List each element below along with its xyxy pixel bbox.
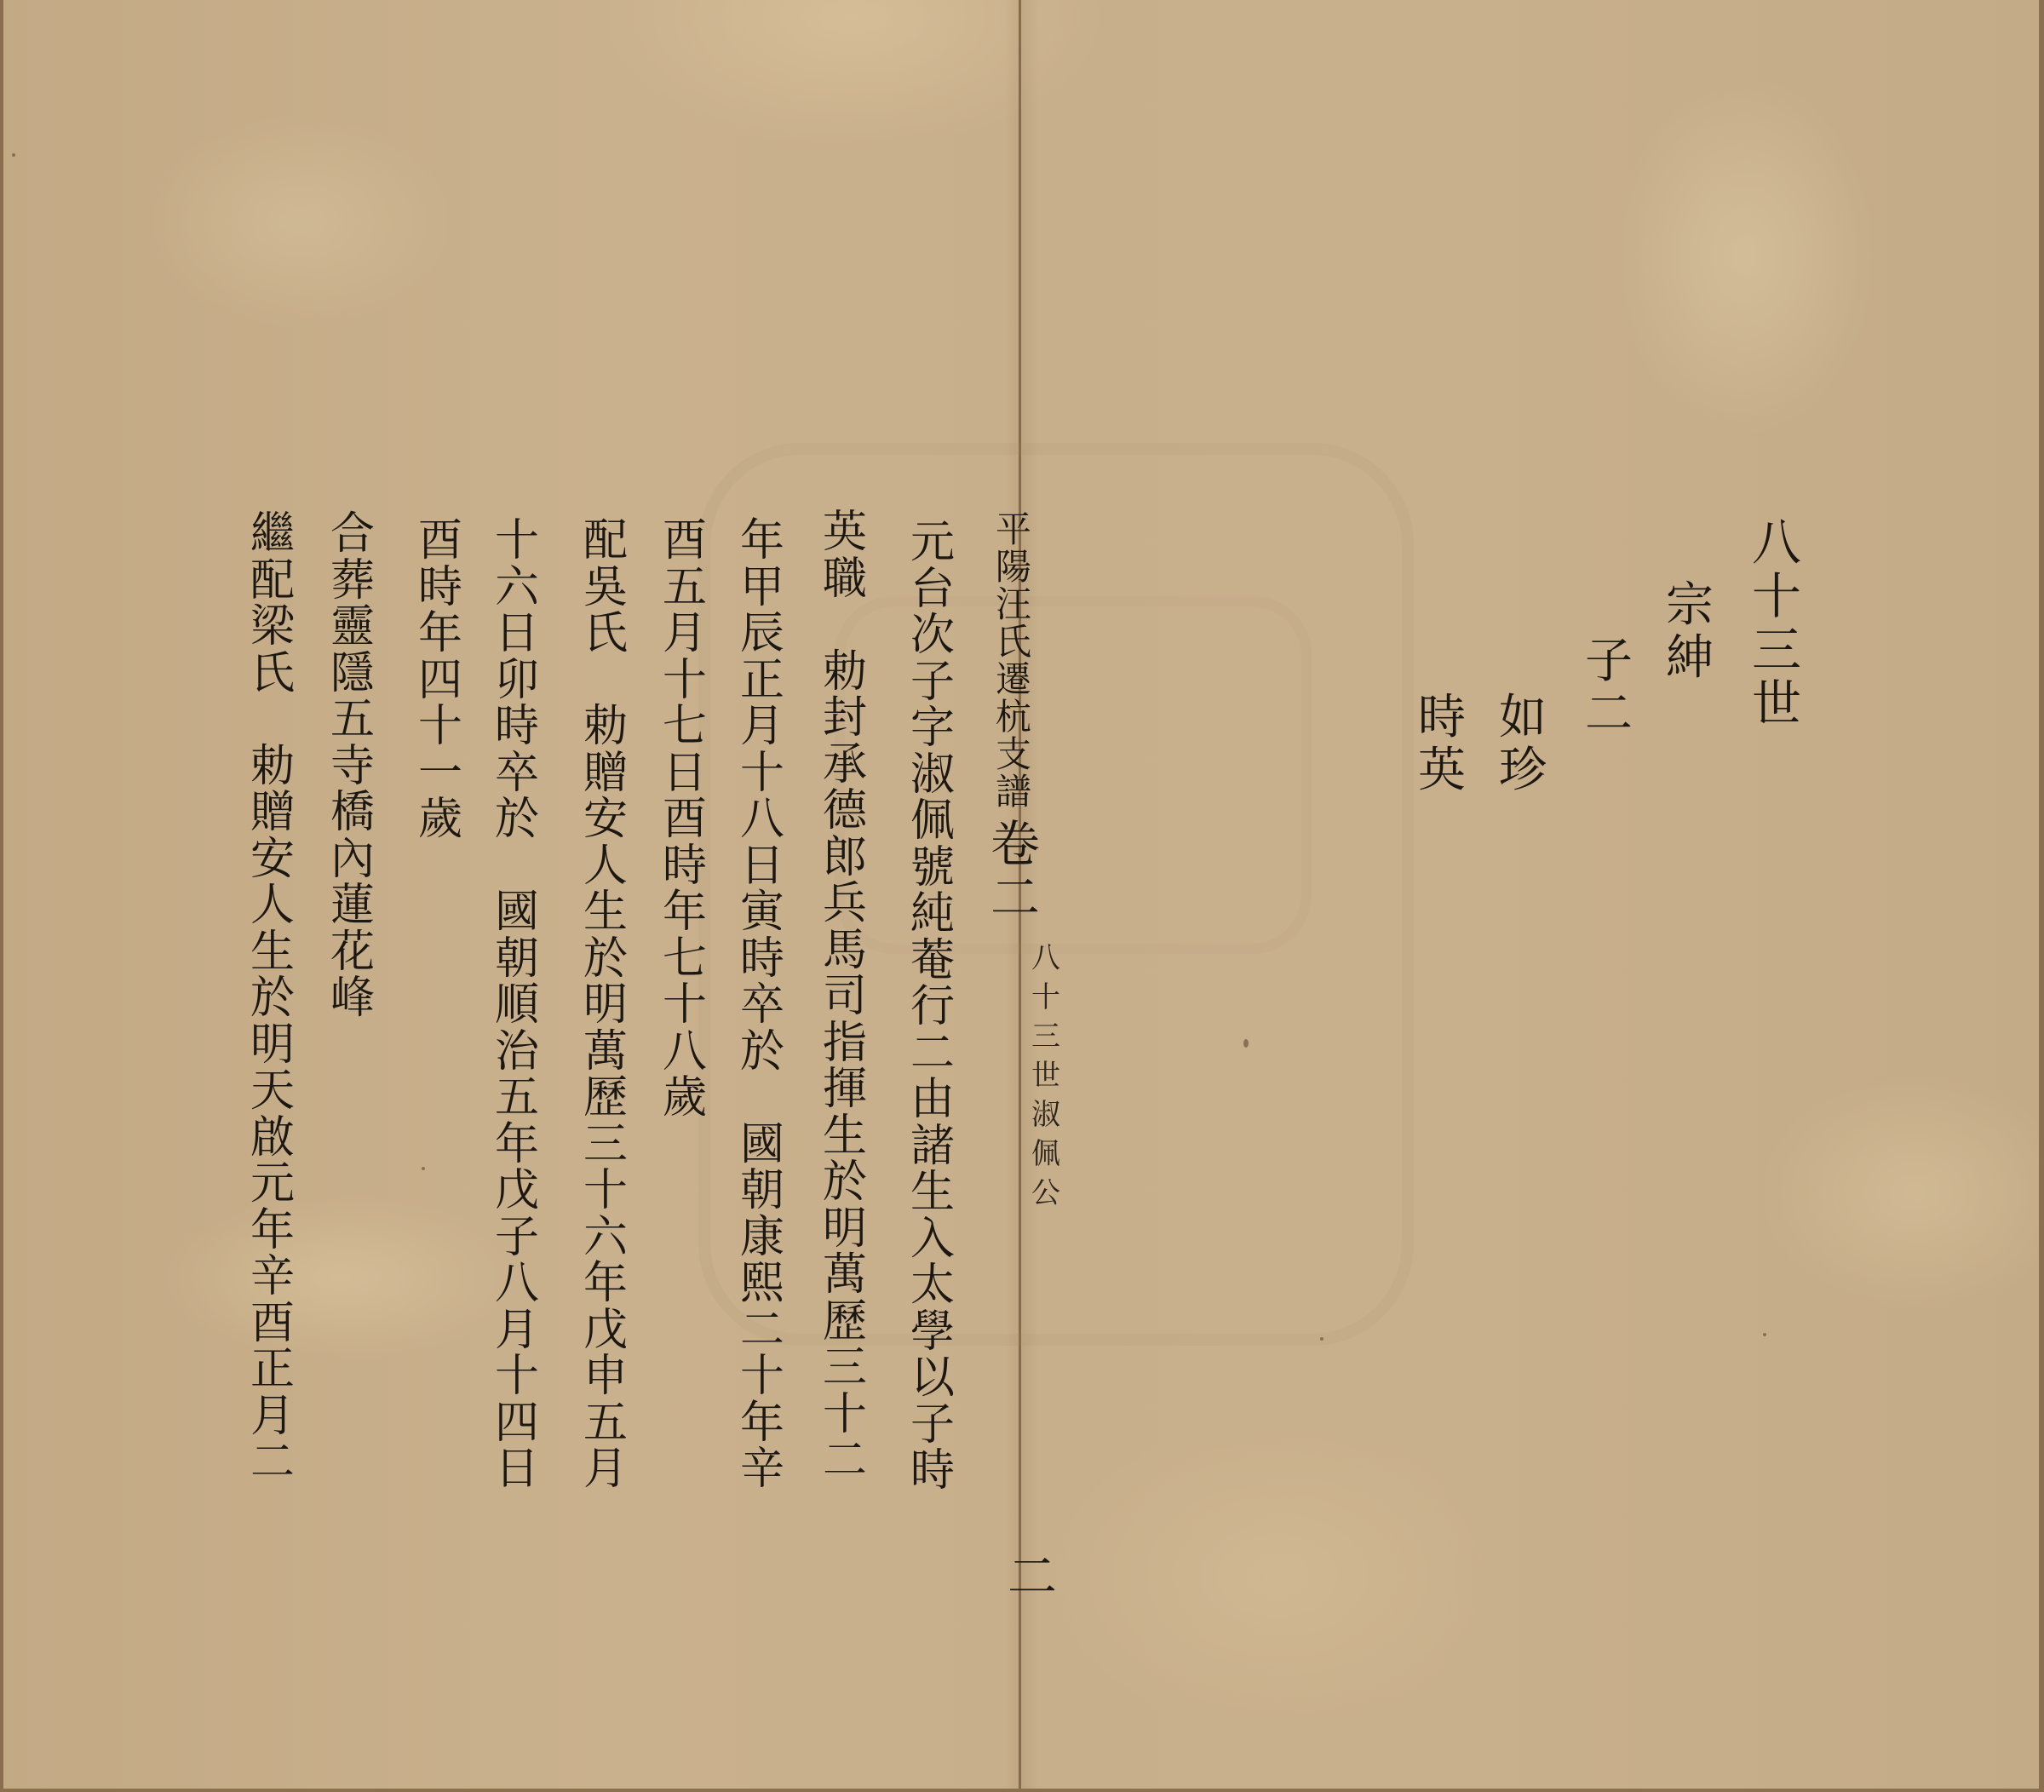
glyph: 次 bbox=[905, 612, 960, 659]
glyph: 熙 bbox=[735, 1261, 789, 1307]
glyph: 戊 bbox=[578, 1307, 633, 1354]
glyph: 卒 bbox=[490, 750, 544, 797]
glyph: 世 bbox=[1749, 677, 1804, 731]
body-column-6: 十六日卯時卒於國朝順治五年戊子八月十四日 bbox=[490, 518, 544, 1493]
glyph: 淑 bbox=[1019, 1095, 1073, 1134]
glyph: 蓮 bbox=[325, 882, 380, 929]
glyph: 於 bbox=[578, 936, 633, 983]
page-edge-bottom bbox=[0, 1789, 2044, 1792]
glyph: 支 bbox=[986, 736, 1041, 773]
glyph: 三 bbox=[578, 1122, 633, 1169]
glyph: 六 bbox=[490, 565, 544, 612]
glyph: 司 bbox=[818, 974, 872, 1020]
glyph: 台 bbox=[905, 566, 960, 613]
body-column-1: 元台次子字淑佩號純菴行二由諸生入太學以子時 bbox=[905, 520, 960, 1495]
glyph: 七 bbox=[657, 936, 712, 983]
glyph: 酉 bbox=[413, 518, 468, 565]
glyph: 酉 bbox=[245, 1301, 300, 1347]
glyph: 萬 bbox=[818, 1252, 872, 1299]
glyph: 年 bbox=[490, 1122, 544, 1169]
glyph: 英 bbox=[1415, 744, 1469, 797]
glyph: 生 bbox=[818, 1113, 872, 1160]
body-column-5: 配吳氏勅贈安人生於明萬歷三十六年戊申五月 bbox=[578, 518, 633, 1493]
glyph: 歲 bbox=[413, 796, 468, 843]
glyph: 月 bbox=[245, 1393, 300, 1440]
glyph: 峰 bbox=[325, 975, 380, 1022]
glyph: 五 bbox=[578, 1400, 633, 1447]
glyph: 正 bbox=[735, 658, 789, 704]
glyph: 歲 bbox=[657, 1075, 712, 1122]
glyph: 葬 bbox=[325, 558, 380, 605]
glyph: 英 bbox=[818, 509, 872, 556]
glyph: 指 bbox=[818, 1020, 872, 1067]
paper-speck bbox=[1763, 1333, 1766, 1336]
glyph: 甲 bbox=[735, 565, 789, 612]
glyph: 辰 bbox=[735, 611, 789, 658]
glyph: 十 bbox=[735, 750, 789, 797]
glyph: 汪 bbox=[986, 586, 1041, 623]
glyph: 十 bbox=[490, 518, 544, 565]
glyph: 十 bbox=[735, 1353, 789, 1400]
glyph: 三 bbox=[1749, 623, 1804, 677]
glyph: 學 bbox=[905, 1309, 960, 1356]
glyph: 二 bbox=[818, 1438, 872, 1485]
glyph: 遷 bbox=[986, 661, 1041, 698]
glyph: 正 bbox=[245, 1347, 300, 1393]
glyph: 人 bbox=[245, 882, 300, 929]
glyph: 生 bbox=[578, 889, 633, 936]
glyph: 歷 bbox=[818, 1299, 872, 1346]
glyph: 吳 bbox=[578, 565, 633, 612]
glyph: 安 bbox=[245, 836, 300, 883]
glyph: 康 bbox=[735, 1215, 789, 1261]
glyph: 太 bbox=[905, 1262, 960, 1309]
glyph: 治 bbox=[490, 1029, 544, 1076]
glyph: 年 bbox=[735, 1400, 789, 1447]
glyph: 順 bbox=[490, 982, 544, 1029]
glyph: 五 bbox=[490, 1075, 544, 1122]
glyph: 子 bbox=[490, 1215, 544, 1261]
glyph: 入 bbox=[905, 1216, 960, 1263]
glyph: 元 bbox=[245, 1161, 300, 1208]
glyph: 日 bbox=[490, 1446, 544, 1493]
body-column-4: 酉五月十七日酉時年七十八歲 bbox=[657, 518, 712, 1122]
glyph: 日 bbox=[490, 611, 544, 658]
glyph: 安 bbox=[578, 796, 633, 843]
glyph: 諸 bbox=[905, 1123, 960, 1170]
glyph: 八 bbox=[1749, 516, 1804, 570]
glyph: 八 bbox=[735, 796, 789, 843]
glyph: 三 bbox=[1019, 1017, 1073, 1056]
glyph: 號 bbox=[905, 845, 960, 892]
glyph: 戊 bbox=[490, 1168, 544, 1215]
glyph: 配 bbox=[245, 558, 300, 605]
glyph: 二 bbox=[988, 871, 1042, 925]
glyph: 二 bbox=[735, 1307, 789, 1354]
glyph: 辛 bbox=[245, 1254, 300, 1301]
glyph: 馬 bbox=[818, 928, 872, 974]
glyph: 日 bbox=[657, 750, 712, 797]
body-column-7: 酉時年四十一歲 bbox=[413, 518, 468, 843]
glyph: 歷 bbox=[578, 1075, 633, 1122]
generation-heading: 八十三世 bbox=[1749, 516, 1804, 731]
body-column-2: 英職勅封承德郎兵馬司指揮生於明萬歷三十二 bbox=[818, 509, 872, 1485]
glyph: 二 bbox=[905, 1031, 960, 1077]
glyph: 人 bbox=[578, 843, 633, 890]
glyph: 靈 bbox=[325, 604, 380, 651]
paper-speck bbox=[1243, 1039, 1249, 1048]
margin-volume: 卷二 bbox=[988, 818, 1042, 925]
glyph: 八 bbox=[657, 1029, 712, 1076]
glyph: 八 bbox=[490, 1261, 544, 1307]
glyph: 於 bbox=[245, 975, 300, 1022]
paper-speck bbox=[1320, 1337, 1323, 1341]
glyph: 申 bbox=[578, 1353, 633, 1400]
body-column-8: 合葬靈隱五寺橋內蓮花峰 bbox=[325, 511, 380, 1022]
glyph: 二 bbox=[245, 1439, 300, 1486]
glyph: 世 bbox=[1019, 1056, 1073, 1095]
glyph: 封 bbox=[818, 695, 872, 742]
glyph: 勅 bbox=[578, 704, 633, 750]
glyph: 明 bbox=[578, 982, 633, 1029]
glyph: 月 bbox=[578, 1446, 633, 1493]
glyph: 勅 bbox=[818, 649, 872, 696]
glyph: 平 bbox=[986, 511, 1041, 549]
glyph: 四 bbox=[413, 658, 468, 704]
margin-book-title: 平陽汪氏遷杭支譜 bbox=[986, 511, 1041, 811]
glyph: 生 bbox=[245, 929, 300, 976]
glyph: 寅 bbox=[735, 889, 789, 936]
glyph: 天 bbox=[245, 1068, 300, 1115]
glyph: 八 bbox=[1019, 939, 1073, 978]
glyph: 卯 bbox=[490, 658, 544, 704]
glyph: 珍 bbox=[1496, 744, 1550, 797]
glyph: 於 bbox=[818, 1159, 872, 1206]
glyph: 如 bbox=[1496, 692, 1550, 744]
person-name: 宗紳 bbox=[1662, 579, 1717, 685]
page-edge-right bbox=[2039, 0, 2044, 1792]
glyph: 於 bbox=[490, 796, 544, 843]
glyph: 月 bbox=[490, 1307, 544, 1354]
glyph: 隱 bbox=[325, 651, 380, 698]
glyph: 杭 bbox=[986, 698, 1041, 736]
glyph: 寺 bbox=[325, 744, 380, 790]
glyph: 宗 bbox=[1662, 579, 1717, 632]
glyph: 合 bbox=[325, 511, 380, 558]
glyph: 五 bbox=[325, 697, 380, 744]
glyph: 淑 bbox=[905, 752, 960, 799]
glyph: 子 bbox=[905, 659, 960, 706]
glyph: 酉 bbox=[657, 796, 712, 843]
glyph: 年 bbox=[657, 889, 712, 936]
body-column-3: 年甲辰正月十八日寅時卒於國朝康熙二十年辛 bbox=[735, 518, 789, 1493]
glyph: 三 bbox=[818, 1345, 872, 1392]
glyph: 純 bbox=[905, 891, 960, 938]
glyph: 梁 bbox=[245, 604, 300, 651]
glyph: 繼 bbox=[245, 511, 300, 558]
glyph: 配 bbox=[578, 518, 633, 565]
glyph: 國 bbox=[490, 889, 544, 936]
glyph: 時 bbox=[657, 843, 712, 890]
glyph: 國 bbox=[735, 1122, 789, 1169]
son-name-1: 如珍 bbox=[1496, 692, 1550, 797]
glyph: 贈 bbox=[578, 750, 633, 797]
glyph: 啟 bbox=[245, 1115, 300, 1162]
glyph: 十 bbox=[578, 1168, 633, 1215]
glyph: 花 bbox=[325, 929, 380, 976]
glyph: 一 bbox=[413, 750, 468, 797]
glyph: 於 bbox=[735, 1029, 789, 1076]
glyph: 辛 bbox=[735, 1446, 789, 1493]
glyph: 佩 bbox=[1019, 1134, 1073, 1174]
glyph: 德 bbox=[818, 788, 872, 835]
glyph: 承 bbox=[818, 742, 872, 789]
glyph: 由 bbox=[905, 1077, 960, 1123]
genealogy-page-spread: 八十三世 宗紳 子二 如珍 時英 平陽汪氏遷杭支譜 卷二 八十三世淑佩公 二 元… bbox=[0, 0, 2044, 1792]
glyph: 時 bbox=[1415, 692, 1469, 744]
glyph: 五 bbox=[657, 565, 712, 612]
glyph: 十 bbox=[657, 658, 712, 704]
glyph: 十 bbox=[490, 1353, 544, 1400]
glyph: 萬 bbox=[578, 1029, 633, 1076]
glyph: 橋 bbox=[325, 790, 380, 836]
son-name-2: 時英 bbox=[1415, 692, 1469, 797]
sons-label: 子二 bbox=[1582, 635, 1636, 741]
glyph: 時 bbox=[413, 565, 468, 612]
glyph: 職 bbox=[818, 556, 872, 603]
glyph: 氏 bbox=[245, 651, 300, 698]
glyph: 時 bbox=[490, 704, 544, 750]
glyph: 朝 bbox=[735, 1168, 789, 1215]
margin-section: 八十三世淑佩公 bbox=[1019, 939, 1073, 1213]
paper-speck bbox=[422, 1167, 425, 1170]
glyph: 紳 bbox=[1662, 632, 1717, 685]
glyph: 年 bbox=[578, 1261, 633, 1307]
glyph: 勅 bbox=[245, 744, 300, 790]
glyph: 氏 bbox=[578, 611, 633, 658]
glyph: 六 bbox=[578, 1215, 633, 1261]
page-number: 二 bbox=[1005, 1550, 1059, 1604]
glyph: 月 bbox=[735, 704, 789, 750]
glyph: 郎 bbox=[818, 835, 872, 882]
glyph: 時 bbox=[905, 1448, 960, 1495]
glyph: 內 bbox=[325, 836, 380, 883]
glyph: 佩 bbox=[905, 798, 960, 845]
glyph: 陽 bbox=[986, 549, 1041, 586]
glyph: 月 bbox=[657, 611, 712, 658]
glyph: 年 bbox=[245, 1208, 300, 1255]
glyph: 卷 bbox=[988, 818, 1042, 871]
glyph: 年 bbox=[735, 518, 789, 565]
glyph: 行 bbox=[905, 984, 960, 1031]
glyph: 十 bbox=[413, 704, 468, 750]
glyph: 贈 bbox=[245, 790, 300, 836]
glyph: 明 bbox=[245, 1022, 300, 1069]
glyph: 十 bbox=[818, 1392, 872, 1439]
glyph: 譜 bbox=[986, 773, 1041, 811]
glyph: 十 bbox=[1019, 978, 1073, 1017]
glyph: 時 bbox=[735, 936, 789, 983]
glyph: 生 bbox=[905, 1169, 960, 1216]
glyph: 以 bbox=[905, 1355, 960, 1402]
glyph: 元 bbox=[905, 520, 960, 566]
glyph: 四 bbox=[490, 1400, 544, 1447]
glyph: 朝 bbox=[490, 936, 544, 983]
glyph: 氏 bbox=[986, 623, 1041, 661]
paper-speck bbox=[12, 153, 15, 157]
glyph: 子 bbox=[905, 1402, 960, 1449]
glyph: 酉 bbox=[657, 518, 712, 565]
body-column-9: 繼配梁氏勅贈安人生於明天啟元年辛酉正月二 bbox=[245, 511, 300, 1486]
glyph: 日 bbox=[735, 843, 789, 890]
glyph: 七 bbox=[657, 704, 712, 750]
glyph: 公 bbox=[1019, 1174, 1073, 1213]
glyph: 十 bbox=[1749, 570, 1804, 623]
glyph: 明 bbox=[818, 1206, 872, 1253]
glyph: 二 bbox=[1005, 1550, 1059, 1604]
glyph: 字 bbox=[905, 705, 960, 752]
glyph: 二 bbox=[1582, 688, 1636, 741]
glyph: 卒 bbox=[735, 982, 789, 1029]
page-edge-left bbox=[0, 0, 3, 1792]
glyph: 年 bbox=[413, 611, 468, 658]
glyph: 菴 bbox=[905, 938, 960, 985]
glyph: 十 bbox=[657, 982, 712, 1029]
glyph: 子 bbox=[1582, 635, 1636, 688]
glyph: 揮 bbox=[818, 1066, 872, 1113]
glyph: 兵 bbox=[818, 881, 872, 928]
